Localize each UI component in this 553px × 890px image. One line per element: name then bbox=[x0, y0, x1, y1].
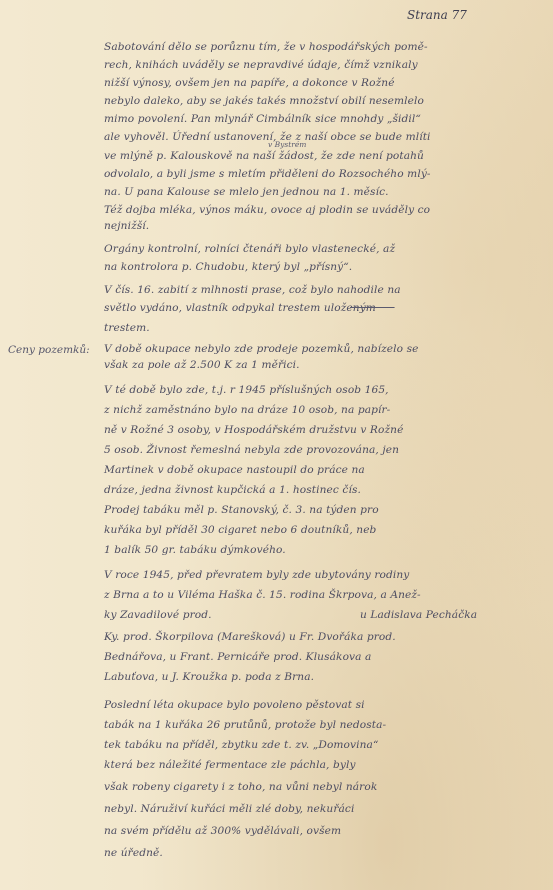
text-line: nebylo daleko, aby se jakés takés množst… bbox=[104, 94, 424, 108]
text-line: odvolalo, a byli jsme s mletím přiděleni… bbox=[104, 167, 431, 181]
text-line: 1 balík 50 gr. tabáku dýmkového. bbox=[104, 543, 286, 557]
struck-word: pokutou bbox=[350, 301, 395, 315]
text-line: ve mlýně p. Kalouskově na naší žádost, ž… bbox=[104, 149, 424, 163]
text-line: nejnižší. bbox=[104, 219, 149, 233]
text-line: mimo povolení. Pan mlynář Cimbálník sice… bbox=[104, 112, 421, 126]
text-line: na. U pana Kalouse se mlelo jen jednou n… bbox=[104, 185, 389, 199]
text-line: Poslední léta okupace bylo povoleno pěst… bbox=[104, 698, 365, 712]
text-line: rech, knihách uváděly se nepravdivé údaj… bbox=[104, 58, 418, 72]
page-number: Strana 77 bbox=[407, 8, 467, 22]
text-line: V čís. 16. zabití z mlhnosti prase, což … bbox=[104, 283, 401, 297]
text-line: nebyl. Náruživí kuřáci měli zlé doby, ne… bbox=[104, 802, 354, 816]
handwritten-chronicle-page: Strana 77 Sabotování dělo se porůznu tím… bbox=[0, 0, 553, 890]
text-line: V roce 1945, před převratem byly zde uby… bbox=[104, 568, 409, 582]
text-line-inline: u Ladislava Pecháčka bbox=[360, 608, 477, 622]
text-line: Martinek v době okupace nastoupil do prá… bbox=[104, 463, 365, 477]
insertion-note: v Bystrém bbox=[268, 140, 306, 149]
text-line: z Brna a to u Viléma Haška č. 15. rodina… bbox=[104, 588, 421, 602]
text-line: Bednářova, u Frant. Pernicáře prod. Klus… bbox=[104, 650, 371, 664]
text-line: nižší výnosy, ovšem jen na papíře, a dok… bbox=[104, 76, 395, 90]
text-line: V té době bylo zde, t.j. r 1945 příslušn… bbox=[104, 383, 389, 397]
text-line: Sabotování dělo se porůznu tím, že v hos… bbox=[104, 40, 428, 54]
text-line: kuřáka byl příděl 30 cigaret nebo 6 dout… bbox=[104, 523, 376, 537]
text-line: Labuťova, u J. Kroužka p. poda z Brna. bbox=[104, 670, 314, 684]
text-line: na kontrolora p. Chudobu, který byl „pří… bbox=[104, 260, 352, 274]
text-line: Orgány kontrolní, rolníci čtenáři bylo v… bbox=[104, 242, 395, 256]
text-line: tek tabáku na příděl, zbytku zde t. zv. … bbox=[104, 738, 378, 752]
text-line: Prodej tabáku měl p. Stanovský, č. 3. na… bbox=[104, 503, 379, 517]
text-line: dráze, jedna živnost kupčická a 1. hosti… bbox=[104, 483, 361, 497]
text-line: trestem. bbox=[104, 321, 150, 335]
text-line: světlo vydáno, vlastník odpykal trestem … bbox=[104, 301, 376, 315]
text-line: však za pole až 2.500 K za 1 měřici. bbox=[104, 358, 300, 372]
text-line: ky Zavadilové prod. bbox=[104, 608, 212, 622]
text-line: která bez náležité fermentace zle páchla… bbox=[104, 758, 356, 772]
text-line: z nichž zaměstnáno bylo na dráze 10 osob… bbox=[104, 403, 390, 417]
text-line: na svém přídělu až 300% vydělávali, ovše… bbox=[104, 824, 341, 838]
text-line: Též dojba mléka, výnos máku, ovoce aj pl… bbox=[104, 203, 430, 217]
text-line: tabák na 1 kuřáka 26 prutůnů, protože by… bbox=[104, 718, 386, 732]
text-line: 5 osob. Živnost řemeslná nebyla zde prov… bbox=[104, 443, 399, 457]
text-line: V době okupace nebylo zde prodeje pozemk… bbox=[104, 342, 419, 356]
margin-label: Ceny pozemků: bbox=[8, 344, 90, 356]
text-line: ně v Rožné 3 osoby, v Hospodářském družs… bbox=[104, 423, 403, 437]
text-line: ne úředně. bbox=[104, 846, 163, 860]
text-line: však robeny cigarety i z toho, na vůni n… bbox=[104, 780, 377, 794]
text-line: Ky. prod. Škorpilova (Marešková) u Fr. D… bbox=[104, 630, 396, 644]
